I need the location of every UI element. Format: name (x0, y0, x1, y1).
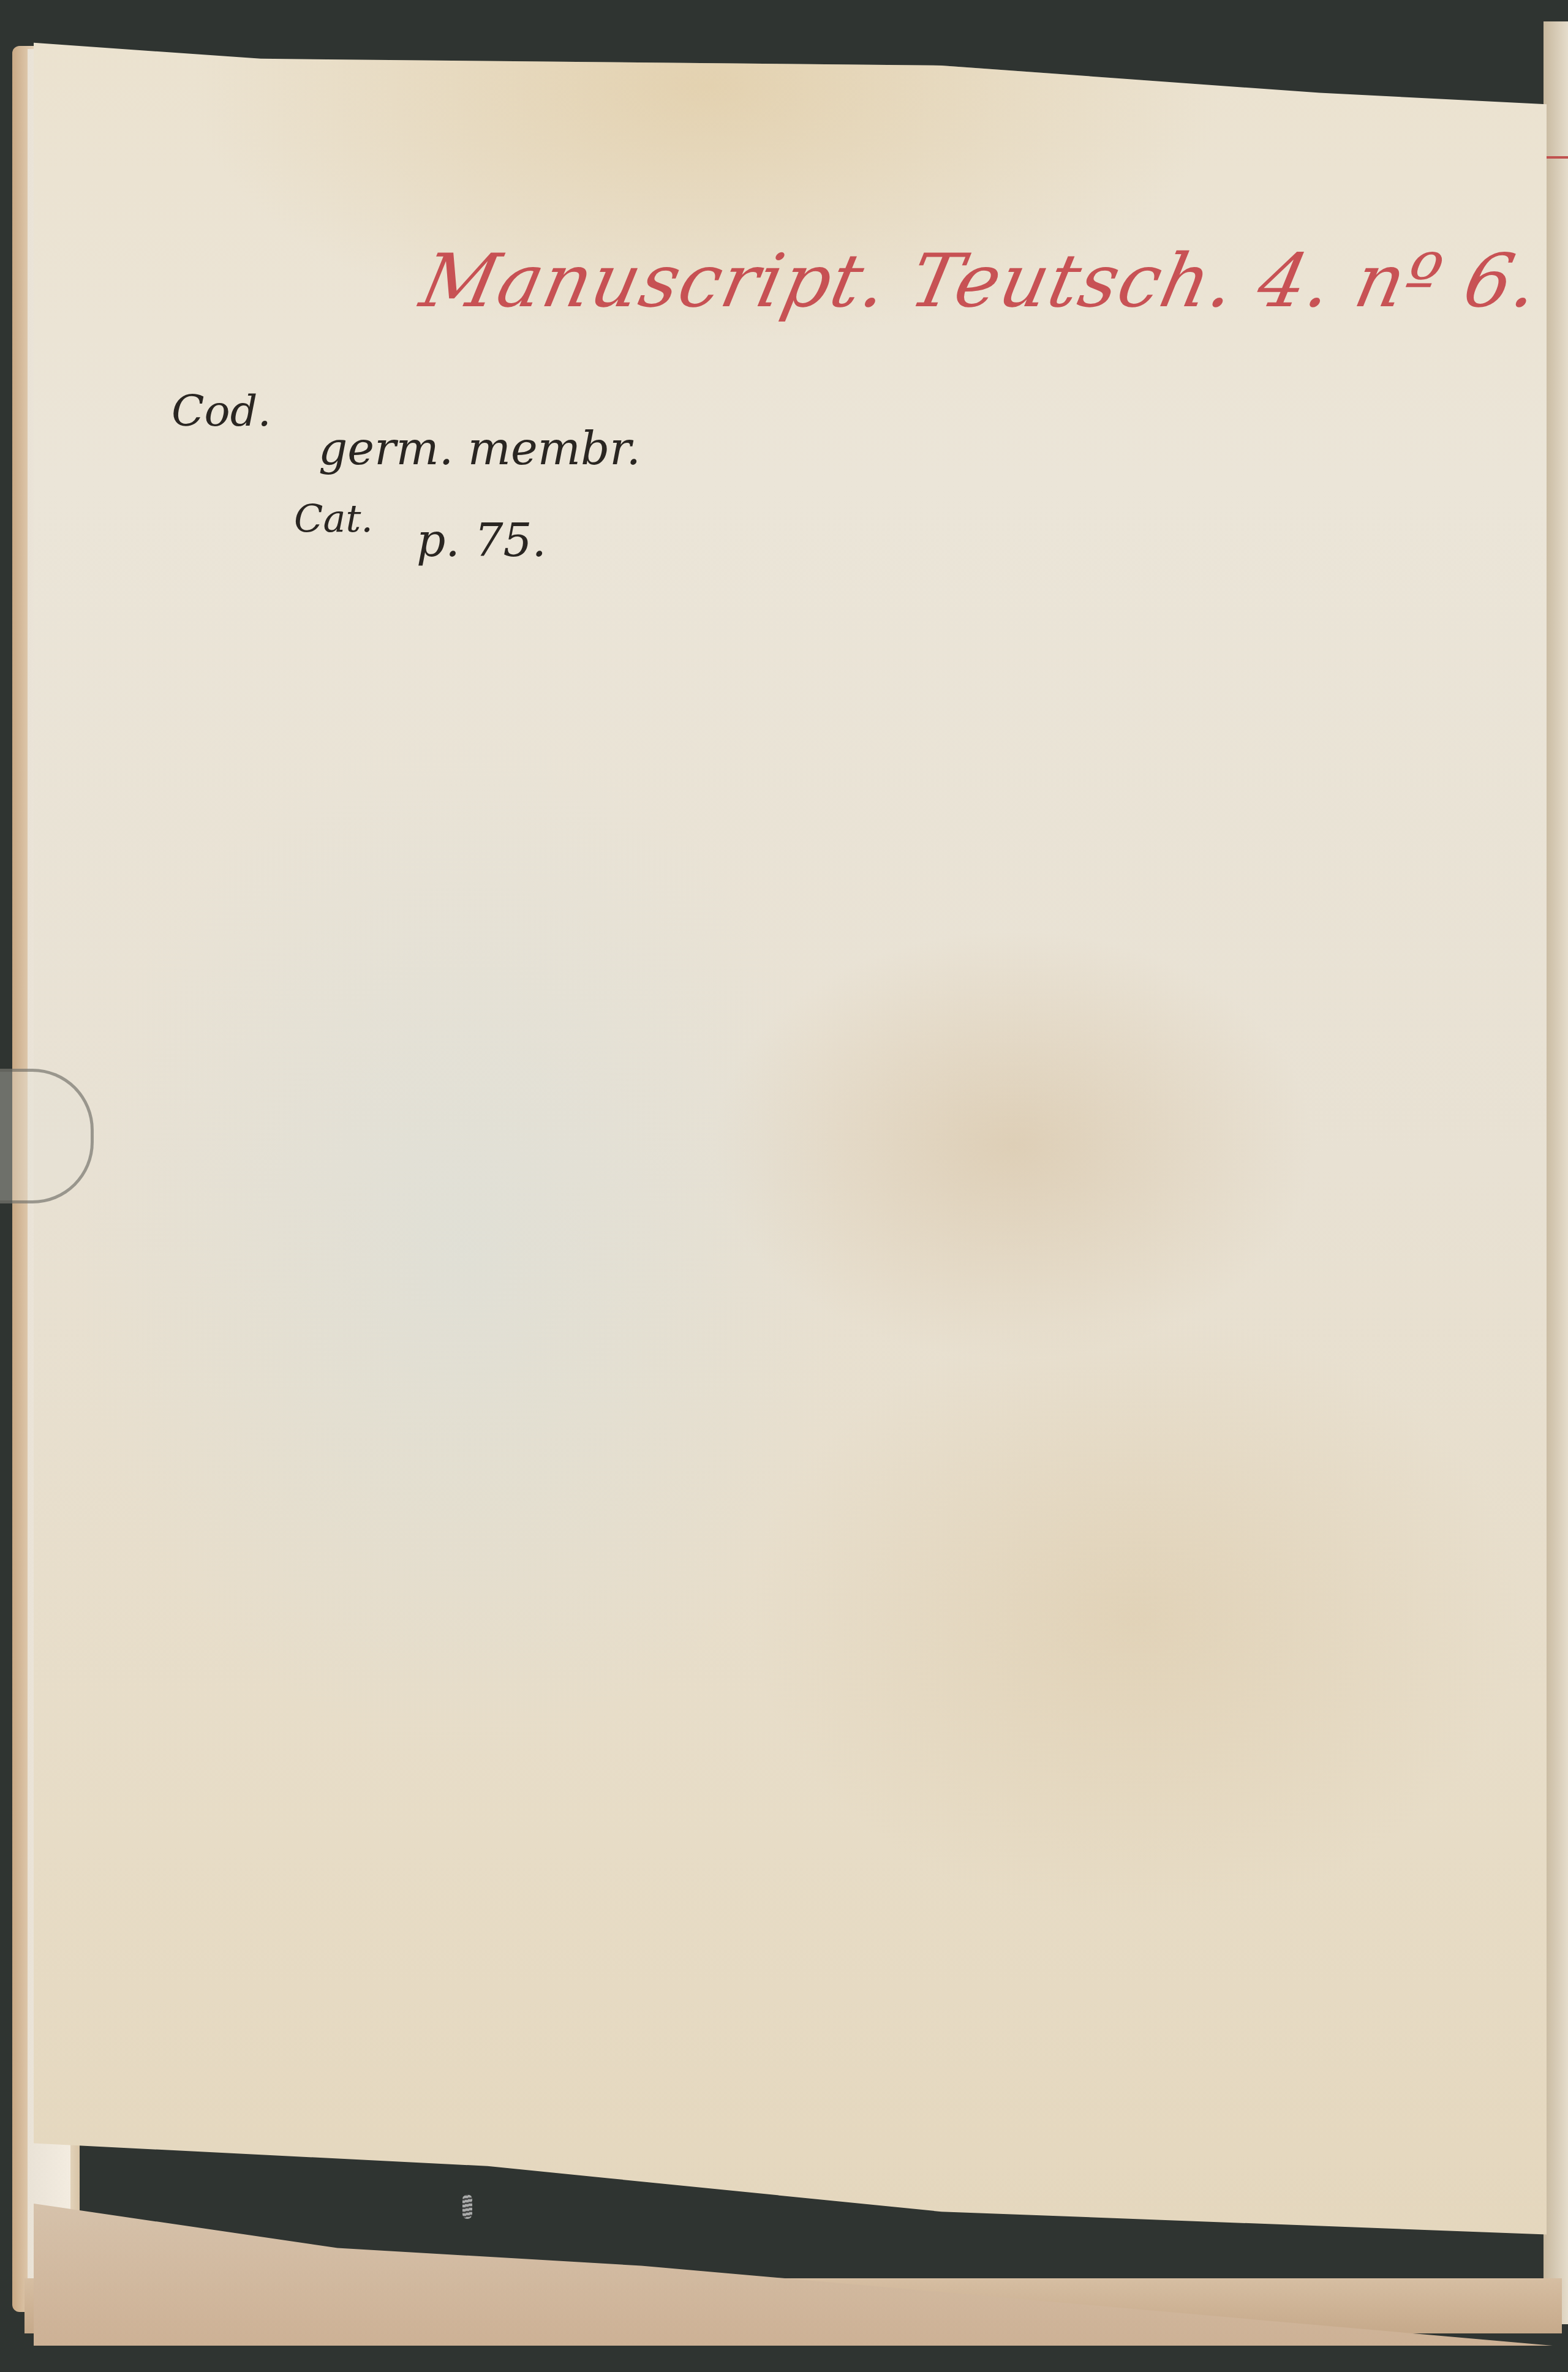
catalog-page-reference: p. 75. (417, 514, 546, 567)
codex-label: Cod. (171, 386, 271, 436)
shelfmark-heading: Manuscript. Teutsch. 4. nº 6. (413, 239, 1547, 324)
ink-mark (462, 2194, 472, 2219)
next-leaf-edge (1543, 21, 1568, 2324)
red-rule-line (1543, 156, 1568, 159)
codex-description: germ. membr. (318, 423, 641, 475)
flyleaf-page (34, 24, 1547, 2303)
catalog-label: Cat. (294, 496, 373, 541)
